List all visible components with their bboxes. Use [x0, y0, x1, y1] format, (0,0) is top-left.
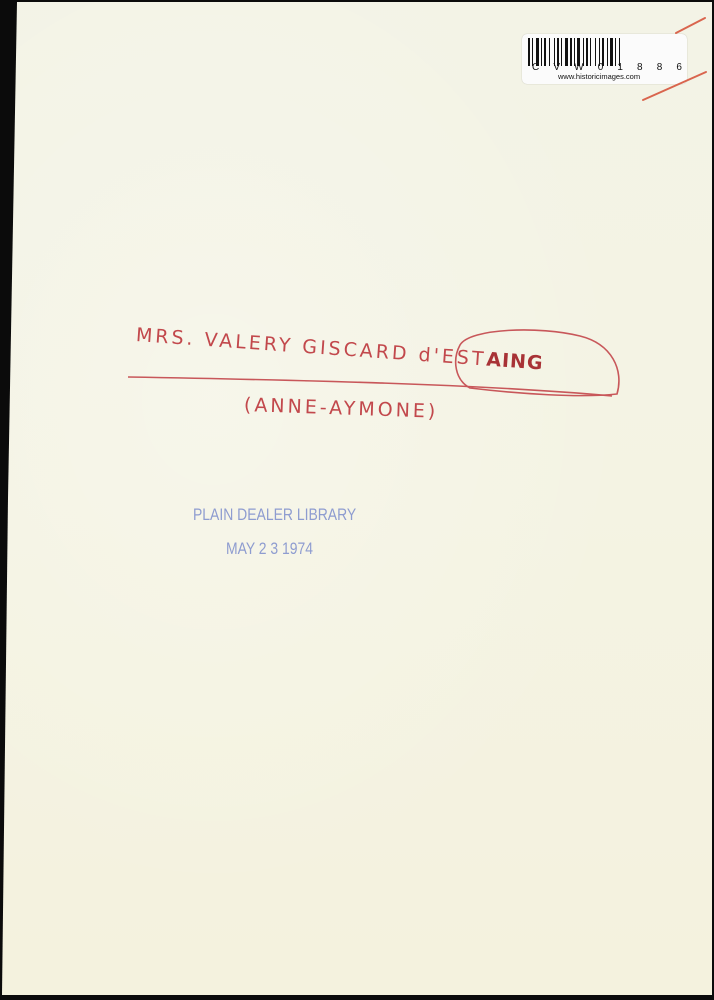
photo-back-paper — [0, 2, 712, 995]
date-stamp: MAY 2 3 1974 — [226, 539, 313, 559]
barcode-url: www.historicimages.com — [558, 72, 640, 81]
handwritten-name-emphasis: AING — [486, 349, 545, 375]
library-stamp: PLAIN DEALER LIBRARY — [193, 505, 356, 525]
barcode-label: C V W 0 1 8 8 6 www.historicimages.com — [522, 34, 687, 84]
